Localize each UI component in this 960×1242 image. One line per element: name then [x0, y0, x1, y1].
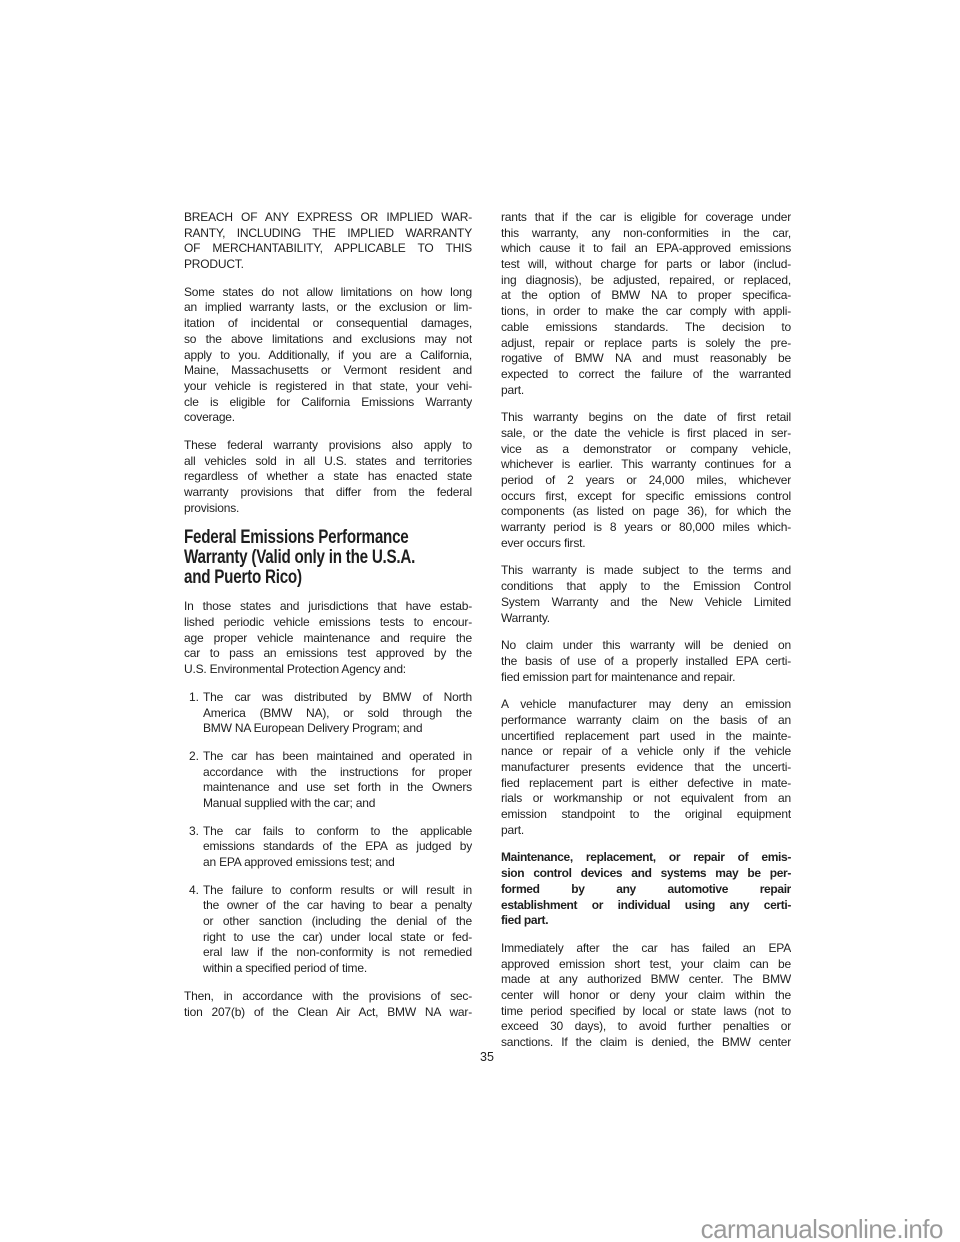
text-line: Warranty. — [501, 611, 791, 627]
text-line: an EPA approved emissions test; and — [203, 855, 472, 871]
text-line: sion control devices and systems may be … — [501, 866, 791, 882]
text-line: lished periodic vehicle emissions tests … — [184, 615, 472, 631]
right-text-column: rants that if the car is eligible for co… — [501, 210, 791, 1063]
manual-page: BREACH OF ANY EXPRESS OR IMPLIED WAR-RAN… — [0, 0, 960, 1242]
text-line: maintenance and use set forth in the Own… — [203, 780, 472, 796]
text-line: tions, in order to make the car comply w… — [501, 304, 791, 320]
text-line: Immediately after the car has failed an … — [501, 941, 791, 957]
text-line: The car fails to conform to the applicab… — [203, 824, 472, 840]
text-line: conditions that apply to the Emission Co… — [501, 579, 791, 595]
text-line: an implied warranty lasts, or the exclus… — [184, 300, 472, 316]
text-line: These federal warranty provisions also a… — [184, 438, 472, 454]
text-line: Some states do not allow limitations on … — [184, 285, 472, 301]
paragraph: This warranty begins on the date of firs… — [501, 410, 791, 551]
text-line: itation of incidental or consequential d… — [184, 316, 472, 332]
text-line: time period specified by local or state … — [501, 1004, 791, 1020]
text-line: rogative of BMW NA and must reasonably b… — [501, 351, 791, 367]
section-heading: Federal Emissions PerformanceWarranty (V… — [184, 528, 472, 588]
text-line: System Warranty and the New Vehicle Limi… — [501, 595, 791, 611]
text-line: apply to you. Additionally, if you are a… — [184, 348, 472, 364]
text-line: rants that if the car is eligible for co… — [501, 210, 791, 226]
text-line: fied replacement part is either defectiv… — [501, 776, 791, 792]
text-line: adjust, repair or replace parts is solel… — [501, 336, 791, 352]
text-line: The car has been maintained and operated… — [203, 749, 472, 765]
text-line: period of 2 years or 24,000 miles, which… — [501, 473, 791, 489]
text-line: RANTY, INCLUDING THE IMPLIED WARRANTY — [184, 226, 472, 242]
paragraph: rants that if the car is eligible for co… — [501, 210, 791, 398]
text-line: the basis of use of a properly installed… — [501, 654, 791, 670]
text-line: Maine, Massachusetts or Vermont resident… — [184, 363, 472, 379]
left-text-column: BREACH OF ANY EXPRESS OR IMPLIED WAR-RAN… — [184, 210, 472, 1032]
text-line: performance warranty claim on the basis … — [501, 713, 791, 729]
text-line: vice as a demonstrator or company vehicl… — [501, 442, 791, 458]
text-line: fied part. — [501, 913, 791, 929]
paragraph: A vehicle manufacturer may deny an emiss… — [501, 697, 791, 838]
heading-line: Federal Emissions Performance — [184, 528, 472, 548]
text-line: The failure to conform results or will r… — [203, 883, 472, 899]
text-line: establishment or individual using any ce… — [501, 898, 791, 914]
paragraph: Immediately after the car has failed an … — [501, 941, 791, 1051]
text-line: all vehicles sold in all U.S. states and… — [184, 454, 472, 470]
text-line: In those states and jurisdictions that h… — [184, 599, 472, 615]
text-line: your vehicle is registered in that state… — [184, 379, 472, 395]
paragraph: In those states and jurisdictions that h… — [184, 599, 472, 677]
text-line: or other sanction (including the denial … — [203, 914, 472, 930]
list-item: 2.The car has been maintained and operat… — [184, 749, 472, 812]
text-line: BMW NA European Delivery Program; and — [203, 721, 472, 737]
text-line: No claim under this warranty will be den… — [501, 638, 791, 654]
list-item: 3.The car fails to conform to the applic… — [184, 824, 472, 871]
text-line: components (as listed on page 36), for w… — [501, 504, 791, 520]
text-line: U.S. Environmental Protection Agency and… — [184, 662, 472, 678]
paragraph: BREACH OF ANY EXPRESS OR IMPLIED WAR-RAN… — [184, 210, 472, 273]
text-line: regardless of whether a state has enacte… — [184, 469, 472, 485]
text-line: OF MERCHANTABILITY, APPLICABLE TO THIS — [184, 241, 472, 257]
text-line: This warranty begins on the date of firs… — [501, 410, 791, 426]
text-line: center will honor or deny your claim wit… — [501, 988, 791, 1004]
list-item: 1.The car was distributed by BMW of Nort… — [184, 690, 472, 737]
list-item: 4.The failure to conform results or will… — [184, 883, 472, 977]
text-line: this warranty, any non-conformities in t… — [501, 226, 791, 242]
paragraph: No claim under this warranty will be den… — [501, 638, 791, 685]
text-line: provisions. — [184, 501, 472, 517]
text-line: America (BMW NA), or sold through the — [203, 706, 472, 722]
text-line: age proper vehicle maintenance and requi… — [184, 631, 472, 647]
text-line: The car was distributed by BMW of North — [203, 690, 472, 706]
text-line: A vehicle manufacturer may deny an emiss… — [501, 697, 791, 713]
list-item-number: 2. — [189, 749, 199, 765]
text-line: approved emission short test, your claim… — [501, 957, 791, 973]
page-number: 35 — [470, 1050, 504, 1064]
text-line: This warranty is made subject to the ter… — [501, 563, 791, 579]
text-line: Then, in accordance with the provisions … — [184, 989, 472, 1005]
text-line: warranty provisions that differ from the… — [184, 485, 472, 501]
text-line: coverage. — [184, 410, 472, 426]
text-line: ing diagnosis), be adjusted, repaired, o… — [501, 273, 791, 289]
text-line: expected to correct the failure of the w… — [501, 367, 791, 383]
text-line: PRODUCT. — [184, 257, 472, 273]
text-line: which cause it to fail an EPA-approved e… — [501, 241, 791, 257]
text-line: BREACH OF ANY EXPRESS OR IMPLIED WAR- — [184, 210, 472, 226]
list-item-number: 4. — [189, 883, 199, 899]
text-line: accordance with the instructions for pro… — [203, 765, 472, 781]
text-line: exceed 30 days), to avoid further penalt… — [501, 1019, 791, 1035]
text-line: emissions standards of the EPA as judged… — [203, 839, 472, 855]
text-line: part. — [501, 823, 791, 839]
text-line: warranty period is 8 years or 80,000 mil… — [501, 520, 791, 536]
text-line: fied emission part for maintenance and r… — [501, 670, 791, 686]
paragraph: This warranty is made subject to the ter… — [501, 563, 791, 626]
paragraph: Then, in accordance with the provisions … — [184, 989, 472, 1020]
text-line: eral law if the non-conformity is not re… — [203, 945, 472, 961]
text-line: nance or repair of a vehicle only if the… — [501, 744, 791, 760]
list-item-number: 3. — [189, 824, 199, 840]
text-line: part. — [501, 383, 791, 399]
paragraph: Some states do not allow limitations on … — [184, 285, 472, 426]
text-line: ever occurs first. — [501, 536, 791, 552]
text-line: emission standpoint to the original equi… — [501, 807, 791, 823]
text-line: at the option of BMW NA to proper specif… — [501, 288, 791, 304]
text-line: right to use the car) under local state … — [203, 930, 472, 946]
text-line: so the above limitations and exclusions … — [184, 332, 472, 348]
paragraph: These federal warranty provisions also a… — [184, 438, 472, 516]
text-line: manufacturer presents evidence that the … — [501, 760, 791, 776]
text-line: cable emissions standards. The decision … — [501, 320, 791, 336]
text-line: test will, without charge for parts or l… — [501, 257, 791, 273]
paragraph: Maintenance, replacement, or repair of e… — [501, 850, 791, 928]
text-line: sanctions. If the claim is denied, the B… — [501, 1035, 791, 1051]
text-line: formed by any automotive repair — [501, 882, 791, 898]
text-line: uncertified replacement part used in the… — [501, 729, 791, 745]
ordered-list: 1.The car was distributed by BMW of Nort… — [184, 690, 472, 977]
text-line: the owner of the car having to bear a pe… — [203, 898, 472, 914]
text-line: made at any authorized BMW center. The B… — [501, 972, 791, 988]
text-line: cle is eligible for California Emissions… — [184, 395, 472, 411]
watermark-text: carmanualsonline.info — [701, 1214, 943, 1242]
text-line: car to pass an emissions test approved b… — [184, 646, 472, 662]
heading-line: and Puerto Rico) — [184, 568, 472, 588]
text-line: Maintenance, replacement, or repair of e… — [501, 850, 791, 866]
text-line: sale, or the date the vehicle is first p… — [501, 426, 791, 442]
text-line: tion 207(b) of the Clean Air Act, BMW NA… — [184, 1005, 472, 1021]
text-line: whichever is earlier. This warranty cont… — [501, 457, 791, 473]
heading-line: Warranty (Valid only in the U.S.A. — [184, 548, 472, 568]
text-line: rials or workmanship or not equivalent f… — [501, 791, 791, 807]
text-line: Manual supplied with the car; and — [203, 796, 472, 812]
text-line: within a specified period of time. — [203, 961, 472, 977]
text-line: occurs first, except for specific emissi… — [501, 489, 791, 505]
list-item-number: 1. — [189, 690, 199, 706]
